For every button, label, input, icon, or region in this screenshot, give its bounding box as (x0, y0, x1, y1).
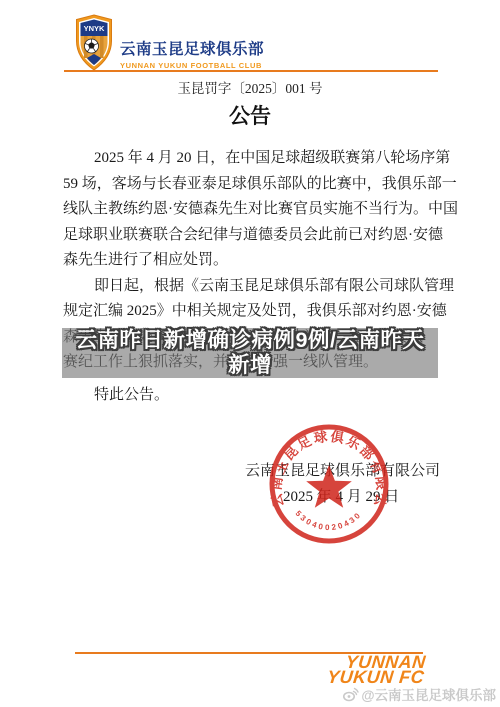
watermark-text: @云南玉昆足球俱乐部 (361, 684, 496, 704)
weibo-icon (342, 687, 359, 702)
document-ref-number: 玉昆罚字〔2025〕001 号 (0, 77, 500, 97)
company-seal-icon: 云南玉昆足球俱乐部有限公司 5304002043007 (266, 420, 392, 548)
headline-text: 云南昨日新增确诊病例9例/云南昨天新增 (76, 328, 425, 377)
club-name-cn: 云南玉昆足球俱乐部 (120, 37, 340, 59)
seal-star-icon (306, 465, 352, 508)
announcement-page: YNYK 云南玉昆足球俱乐部 YUNNAN YUKUN FOOTBALL CLU… (0, 0, 500, 707)
crest-abbr-label: YNYK (84, 24, 105, 33)
body-line: 特此公告。 (63, 383, 455, 409)
body-line: 森先生进行了相应处罚。 (63, 248, 455, 274)
headline-line-2: 新增 (76, 353, 425, 378)
club-name-block: 云南玉昆足球俱乐部 YUNNAN YUKUN FOOTBALL CLUB (120, 37, 340, 70)
club-crest-icon: YNYK (75, 14, 113, 71)
body-line: 线队主教练约恩·安德森先生对比赛官员实施不当行为。中国 (63, 197, 455, 223)
header-divider (64, 70, 438, 72)
body-line: 即日起，根据《云南玉昆足球俱乐部有限公司球队管理 (63, 274, 455, 300)
weibo-watermark: @云南玉昆足球俱乐部 (342, 684, 496, 704)
headline-overlay: 云南昨日新增确诊病例9例/云南昨天新增 (62, 328, 438, 378)
footer-brand-line-2: YUKUN FC (326, 670, 425, 685)
club-name-en: YUNNAN YUKUN FOOTBALL CLUB (120, 61, 340, 70)
headline-line-1: 云南昨日新增确诊病例9例/云南昨天 (76, 328, 425, 353)
footer-brand: YUNNAN YUKUN FC (326, 655, 426, 684)
document-title: 公告 (0, 100, 500, 130)
body-line: 59 场，客场与长春亚泰足球俱乐部队的比赛中，我俱乐部一 (63, 172, 455, 198)
body-line: 规定汇编 2025》中相关规定及处罚，我俱乐部对约恩·安德 (63, 299, 455, 325)
body-line: 2025 年 4 月 20 日，在中国足球超级联赛第八轮场序第 (63, 146, 455, 172)
body-line: 足球职业联赛联合会纪律与道德委员会此前已对约恩·安德 (63, 223, 455, 249)
